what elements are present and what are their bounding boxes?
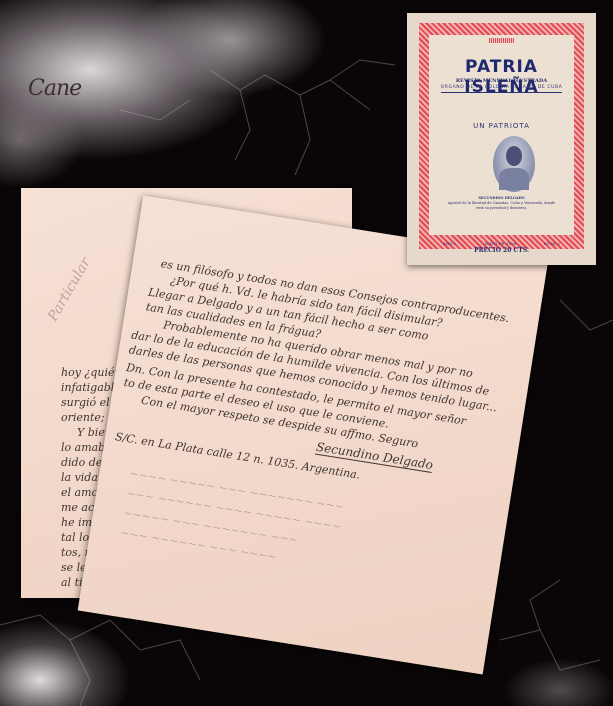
title-rule — [441, 92, 562, 93]
portrait-caption: Apóstol de la libertad de Canarias, Cuba… — [447, 201, 556, 210]
magazine-title: PATRIA ISLEÑA — [429, 57, 574, 97]
magazine-subtitle: REVISTA MENSUAL ILUSTRADA — [429, 78, 574, 84]
margin-note: Particular — [45, 255, 94, 324]
front-letter: es un filósofo y todos no dan esos Conse… — [78, 196, 549, 675]
portrait-photo — [493, 136, 535, 192]
cover-panel: PATRIA ISLEÑA REVISTA MENSUAL ILUSTRADA … — [429, 35, 574, 235]
background-watermark-text: Cane — [28, 76, 81, 101]
issue-date: MAYO DE 1926 — [485, 241, 517, 246]
issue-number: NÚM. 2 — [544, 241, 560, 246]
magazine-cover: PATRIA ISLEÑA REVISTA MENSUAL ILUSTRADA … — [407, 13, 596, 265]
cover-headline: UN PATRIOTA — [429, 122, 574, 130]
ornament-banner — [489, 38, 514, 43]
cover-price: PRECIO 20 CTS. — [429, 247, 574, 254]
portrait-body — [499, 168, 529, 190]
issue-year: AÑO I. — [443, 241, 457, 246]
portrait-name: SECUNDINO DELGADO — [429, 196, 574, 200]
ornamental-border: PATRIA ISLEÑA REVISTA MENSUAL ILUSTRADA … — [419, 23, 584, 249]
portrait-face — [506, 146, 522, 166]
magazine-tagline: ORGANO DE LA COLONIA CANARIA DE CUBA — [429, 85, 574, 90]
cover-footer: AÑO I. MAYO DE 1926 NÚM. 2 — [443, 241, 560, 246]
